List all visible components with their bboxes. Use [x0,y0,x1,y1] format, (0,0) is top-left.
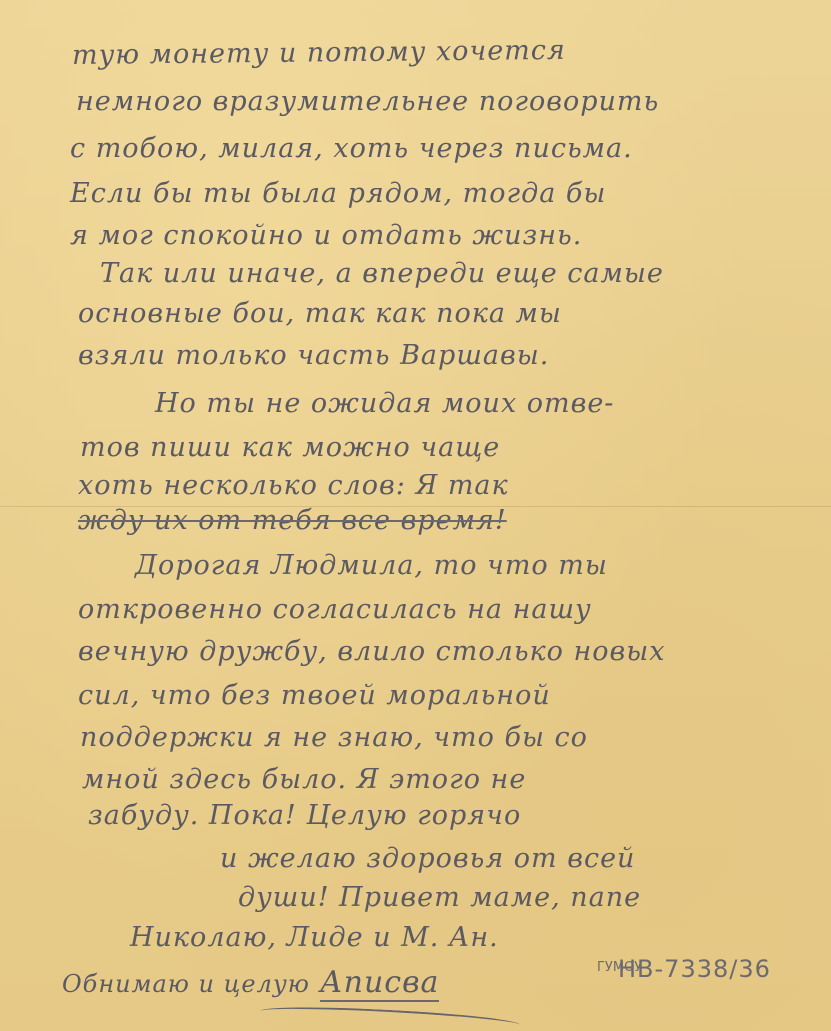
signature-flourish [260,1003,520,1031]
signature: Аписва [320,965,440,1002]
closing-text: Обнимаю и целую [62,970,310,998]
letter-line-19: забуду. Пока! Целую горячо [88,800,521,831]
letter-line-7: основные бои, так как пока мы [78,298,562,329]
letter-line-18: мной здесь было. Я этого не [82,764,526,795]
letter-line-2: немного вразумительнее поговорить [76,86,659,117]
archive-number: НВ-7338/36 [618,955,771,983]
closing-block: Обнимаю и целую Аписва [62,965,439,1000]
letter-line-13: Дорогая Людмила, то что ты [135,550,608,581]
letter-line-3: с тобою, милая, хоть через письма. [70,133,633,164]
letter-line-9: Но ты не ожидая моих отве- [155,388,614,419]
letter-line-6: Так или иначе, а впереди еще самые [100,258,664,289]
letter-line-15: вечную дружбу, влило столько новых [78,636,665,667]
letter-line-4: Если бы ты была рядом, тогда бы [70,178,606,209]
letter-page: тую монету и потому хочется немного враз… [0,0,831,1031]
letter-line-20: и желаю здоровья от всей [220,843,635,874]
letter-line-22: Николаю, Лиде и М. Ан. [130,922,499,953]
letter-line-1: тую монету и потому хочется [72,35,566,71]
letter-line-16: сил, что без твоей моральной [78,680,551,711]
letter-line-5: я мог спокойно и отдать жизнь. [70,220,582,251]
archive-vertical-stamp: ГУМОУ [597,960,611,975]
letter-line-8: взяли только часть Варшавы. [78,340,549,371]
letter-line-11: хоть несколько слов: Я так [78,470,509,501]
letter-line-12: жду их от тебя все время! [78,505,507,536]
letter-line-21: души! Привет маме, папе [238,882,641,913]
letter-line-10: тов пиши как можно чаще [80,432,500,463]
letter-line-17: поддержки я не знаю, что бы со [80,722,588,753]
letter-line-14: откровенно согласилась на нашу [78,594,592,625]
